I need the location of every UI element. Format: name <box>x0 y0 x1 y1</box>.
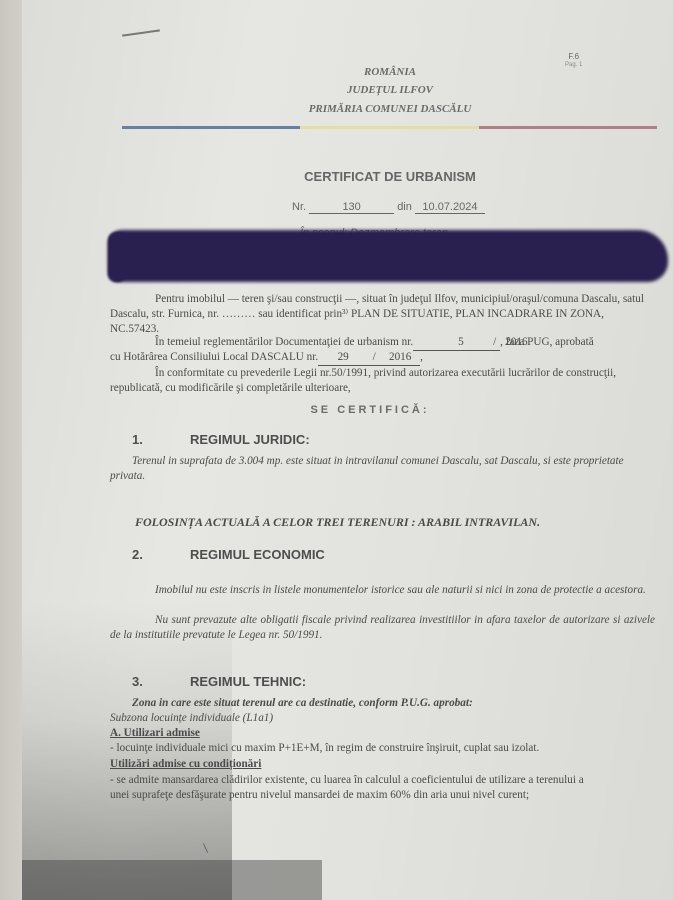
economic-paragraph-1: Imobilul nu este inscris in listele monu… <box>110 583 655 598</box>
din-label: din <box>397 201 412 213</box>
conditionari-heading: Utilizări admise cu condiționări <box>110 757 655 772</box>
tricolor-blue <box>122 126 300 129</box>
slash: / <box>368 350 380 366</box>
section-number: 1. <box>132 432 190 447</box>
header-country: ROMÂNIA <box>280 66 500 78</box>
conformitate-paragraph: În conformitate cu prevederile Legii nr.… <box>110 366 655 396</box>
section-heading-tehnic: 3.REGIMUL TEHNIC: <box>132 674 306 689</box>
section-heading-economic: 2.REGIMUL ECONOMIC <box>132 547 325 562</box>
header-authority: PRIMĂRIA COMUNEI DASCĂLU <box>280 103 500 115</box>
header-county: JUDEȚUL ILFOV <box>280 84 500 96</box>
shadow <box>22 860 322 900</box>
doc-year: 2016 <box>460 335 500 351</box>
utilizari-admise-text: - locuinţe individuale mici cu maxim P+1… <box>110 741 655 756</box>
se-certifica-heading: SE CERTIFICĂ: <box>260 404 480 416</box>
hotarare-number: 29 <box>318 350 368 366</box>
temei-prefix: În temeiul reglementărilor Documentaţiei… <box>155 336 413 348</box>
temei-suffix: , faza PUG, aprobată <box>500 336 594 348</box>
subzona: Subzona locuințe individuale (L1a1) <box>110 711 655 726</box>
form-code-label: F.6 <box>565 52 582 61</box>
tricolor-red <box>479 126 657 129</box>
certificate-date: 10.07.2024 <box>415 201 485 214</box>
zona-destinatie: Zona in care este situat terenul are ca … <box>110 696 655 711</box>
section-number: 3. <box>132 674 190 689</box>
nr-label: Nr. <box>292 201 306 213</box>
tricolor-yellow <box>300 126 478 129</box>
document-title: CERTIFICAT DE URBANISM <box>270 169 510 184</box>
hotarare-year: 2016 <box>380 350 420 366</box>
doc-number: 5 <box>413 335 448 351</box>
form-code: F.6 Pag. 1 <box>565 52 582 70</box>
economic-paragraph-2: Nu sunt prevazute alte obligatii fiscale… <box>110 613 655 643</box>
hotarare-line: cu Hotărârea Consiliului Local DASCALU n… <box>110 350 655 366</box>
juridic-text: Terenul in suprafata de 3.004 mp. este s… <box>110 454 655 484</box>
folosinta-line: FOLOSINȚA ACTUALĂ A CELOR TREI TERENURI … <box>135 515 540 530</box>
certificate-number-line: Nr. 130 din 10.07.2024 <box>292 201 485 214</box>
slash: / <box>448 335 460 351</box>
certificate-number: 130 <box>309 201 394 214</box>
section-heading-juridic: 1.REGIMUL JURIDIC: <box>132 432 310 447</box>
utilizari-admise-heading: A. Utilizari admise <box>110 726 655 741</box>
section-title: REGIMUL JURIDIC: <box>190 432 310 447</box>
temei-paragraph: În temeiul reglementărilor Documentaţiei… <box>110 335 655 351</box>
hotarare-prefix: cu Hotărârea Consiliului Local DASCALU n… <box>110 351 318 363</box>
property-paragraph: Pentru imobilul — teren şi/sau construcţ… <box>110 292 655 337</box>
section-title: REGIMUL TEHNIC: <box>190 674 306 689</box>
section-title: REGIMUL ECONOMIC <box>190 547 325 562</box>
page-number: Pag. 1 <box>565 61 582 70</box>
tricolor-divider <box>122 126 657 129</box>
redaction-bar <box>108 232 126 282</box>
section-number: 2. <box>132 547 190 562</box>
redaction-bar <box>108 230 668 282</box>
conditionari-text: - se admite mansardarea clădirilor exist… <box>110 773 600 803</box>
